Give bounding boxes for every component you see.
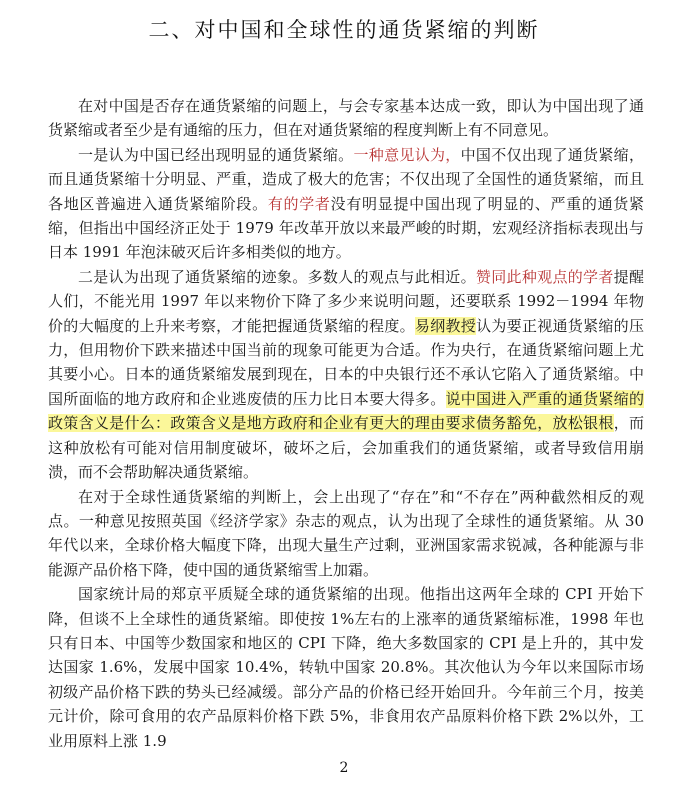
text: 二是认为出现了通货紧缩的迹象。多数人的观点与此相近。 — [78, 268, 476, 286]
paragraph-view-one: 一是认为中国已经出现明显的通货紧缩。一种意见认为，中国不仅出现了通货紧缩，而且通… — [48, 143, 644, 265]
paragraph-view-two: 二是认为出现了通货紧缩的迹象。多数人的观点与此相近。赞同此种观点的学者提醒人们，… — [48, 265, 644, 485]
section-title: 二、对中国和全球性的通货紧缩的判断 — [0, 14, 688, 44]
highlighted-text: 易纲教授 — [415, 317, 476, 335]
text: 在对于全球性通货紧缩的判断上，会上出现了“存在”和“不存在”两种截然相反的观点。… — [48, 488, 644, 579]
paragraph-global: 在对于全球性通货紧缩的判断上，会上出现了“存在”和“不存在”两种截然相反的观点。… — [48, 485, 644, 583]
text: 一是认为中国已经出现明显的通货紧缩。 — [78, 146, 353, 164]
paragraph-statistics-bureau: 国家统计局的郑京平质疑全球的通货紧缩的出现。他指出这两年全球的 CPI 开始下降… — [48, 582, 644, 753]
red-annotation: 一种意见认为， — [353, 146, 460, 164]
text: 在对中国是否存在通货紧缩的问题上，与会专家基本达成一致，即认为中国出现了通货紧缩… — [48, 97, 644, 139]
red-annotation: 有的学者 — [268, 195, 331, 213]
paragraph-consensus: 在对中国是否存在通货紧缩的问题上，与会专家基本达成一致，即认为中国出现了通货紧缩… — [48, 94, 644, 143]
page-number: 2 — [0, 760, 688, 776]
red-annotation: 赞同此种观点的学者 — [476, 268, 614, 286]
text: 国家统计局的郑京平质疑全球的通货紧缩的出现。他指出这两年全球的 CPI 开始下降… — [48, 585, 644, 749]
document-body: 在对中国是否存在通货紧缩的问题上，与会专家基本达成一致，即认为中国出现了通货紧缩… — [48, 94, 644, 753]
